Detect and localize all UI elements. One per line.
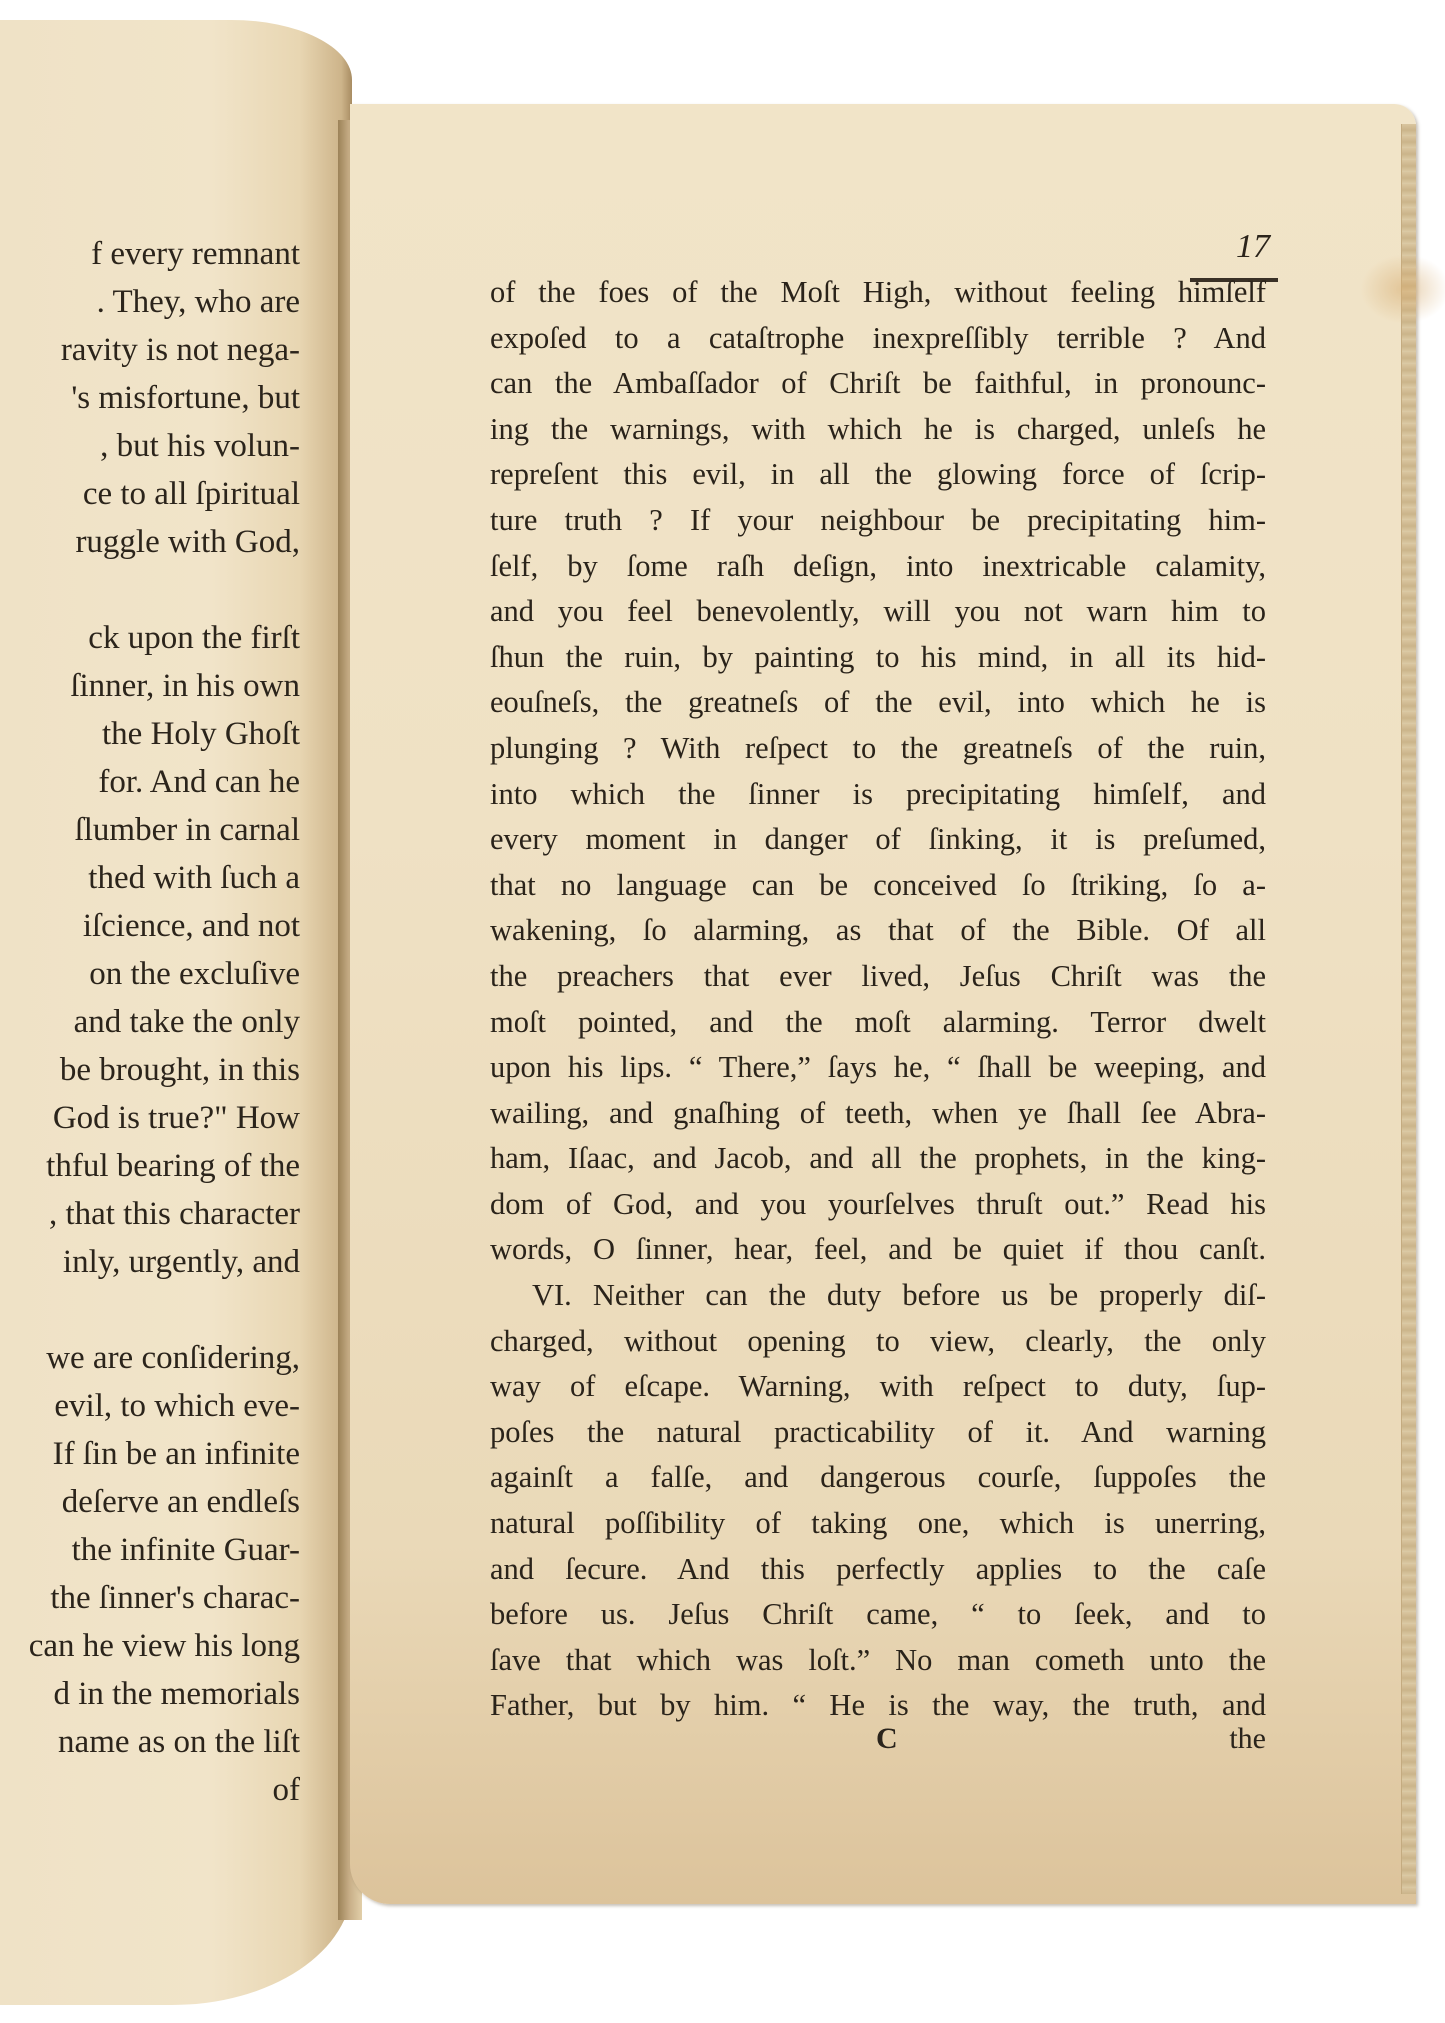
text-line: words, O ſinner, hear, feel, and be quie… [490,1227,1266,1273]
text-line: the Holy Ghoſt [0,710,300,758]
text-line: thful bearing of the [0,1142,300,1190]
text-line: wailing, and gnaſhing of teeth, when ye … [490,1091,1266,1137]
left-page-text: f every remnant . They, who are ravity i… [0,230,300,1814]
right-page-text: of the foes of the Moſt High, without fe… [490,270,1266,1729]
text-line: expoſed to a cataſtrophe inexpreſſibly t… [490,316,1266,362]
text-line: . They, who are [0,278,300,326]
text-line: ck upon the firſt [0,614,300,662]
text-line: way of eſcape. Warning, with reſpect to … [490,1364,1266,1410]
text-line: that no language can be conceived ſo ſtr… [490,863,1266,909]
text-line: wakening, ſo alarming, as that of the Bi… [490,908,1266,954]
text-line: poſes the natural practicability of it. … [490,1410,1266,1456]
text-line: the infinite Guar- [0,1526,300,1574]
text-line: ſave that which was loſt.” No man cometh… [490,1638,1266,1684]
text-line: before us. Jeſus Chriſt came, “ to ſeek,… [490,1592,1266,1638]
text-line: thed with ſuch a [0,854,300,902]
text-line: ſelf, by ſome raſh deſign, into inextric… [490,544,1266,590]
blank-line [0,1286,300,1334]
text-line: , that this character [0,1190,300,1238]
text-line: 's misfortune, but [0,374,300,422]
foxing-stain [1360,254,1445,324]
text-line: ſinner, in his own [0,662,300,710]
text-line: into which the ſinner is precipitating h… [490,772,1266,818]
text-line: charged, without opening to view, clearl… [490,1319,1266,1365]
text-line: name as on the liſt [0,1718,300,1766]
text-line: deſerve an endleſs [0,1478,300,1526]
text-line: , but his volun- [0,422,300,470]
text-line: and ſecure. And this perfectly applies t… [490,1547,1266,1593]
text-line: can he view his long [0,1622,300,1670]
text-line: iſcience, and not [0,902,300,950]
text-line: can the Ambaſſador of Chriſt be faithful… [490,361,1266,407]
text-line: God is true?" How [0,1094,300,1142]
text-line: evil, to which eve- [0,1382,300,1430]
page-number: 17 [1236,228,1270,266]
text-line: repreſent this evil, in all the glowing … [490,452,1266,498]
blank-line [0,566,300,614]
text-line: and take the only [0,998,300,1046]
left-page: f every remnant . They, who are ravity i… [0,20,352,2005]
text-line: If ſin be an infinite [0,1430,300,1478]
text-line: ſlumber in carnal [0,806,300,854]
text-line: every moment in danger of ſinking, it is… [490,817,1266,863]
text-line: upon his lips. “ There,” ſays he, “ ſhal… [490,1045,1266,1091]
text-line: be brought, in this [0,1046,300,1094]
text-line: againſt a falſe, and dangerous courſe, ſ… [490,1455,1266,1501]
text-line: ravity is not nega- [0,326,300,374]
section-heading-line: VI. Neither can the duty before us be pr… [490,1273,1266,1319]
text-line: and you feel benevolently, will you not … [490,589,1266,635]
text-line: natural poſſibility of taking one, which… [490,1501,1266,1547]
text-line: dom of God, and you yourſelves thruſt ou… [490,1182,1266,1228]
text-line: moſt pointed, and the moſt alarming. Ter… [490,1000,1266,1046]
text-line: of the foes of the Moſt High, without fe… [490,270,1266,316]
page-fore-edge [1401,124,1416,1894]
text-line: ſhun the ruin, by painting to his mind, … [490,635,1266,681]
text-line: for. And can he [0,758,300,806]
signature-mark: C [876,1722,898,1756]
text-line: ce to all ſpiritual [0,470,300,518]
text-line: ture truth ? If your neighbour be precip… [490,498,1266,544]
text-line: eouſneſs, the greatneſs of the evil, int… [490,680,1266,726]
text-line: plunging ? With reſpect to the greatneſs… [490,726,1266,772]
text-line: f every remnant [0,230,300,278]
catchword: the [1229,1722,1266,1756]
text-line: inly, urgently, and [0,1238,300,1286]
text-line: the ſinner's charac- [0,1574,300,1622]
text-line: of [0,1766,300,1814]
text-line: the preachers that ever lived, Jeſus Chr… [490,954,1266,1000]
text-line: we are conſidering, [0,1334,300,1382]
text-line: d in the memorials [0,1670,300,1718]
text-line: ham, Iſaac, and Jacob, and all the proph… [490,1136,1266,1182]
text-line: on the excluſive [0,950,300,998]
text-line: ruggle with God, [0,518,300,566]
page-footer: C the [490,1722,1266,1766]
text-line: ing the warnings, with which he is charg… [490,407,1266,453]
